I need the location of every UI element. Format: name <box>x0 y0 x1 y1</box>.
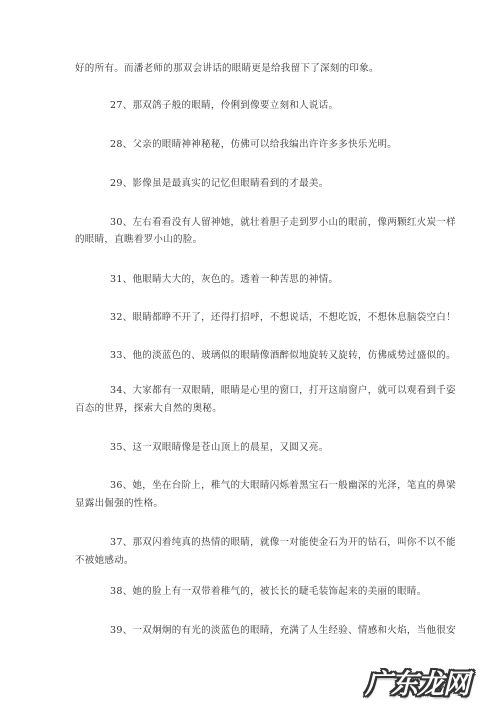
text-line: 27、那双鸽子般的眼睛，伶俐到像要立刻和人说话。 <box>110 99 338 112</box>
text-line: 28、父亲的眼睛神神秘秘，仿佛可以给我编出许许多多快乐光明。 <box>110 138 397 151</box>
text-line: 37、那双闪着纯真的热情的眼睛，就像一对能使金石为开的钻石，叫你不以不能 <box>110 536 456 549</box>
text-line: 39、一双炯炯的有光的淡蓝色的眼睛，充满了人生经验、情感和火焰，当他很安 <box>110 624 456 637</box>
text-line: 好的所有。而潘老师的那双会讲话的眼睛更是给我留下了深刻的印象。 <box>75 62 379 75</box>
text-line: 30、左右看看没有人留神她，就壮着胆子走到罗小山的眼前，像两颗红火炭一样 <box>110 216 456 229</box>
text-line: 38、她的脸上有一双带着稚气的，被长长的睫毛装饰起来的美丽的眼睛。 <box>110 585 427 598</box>
text-line: 34、大家都有一双眼睛，眼睛是心里的窗口，打开这扇窗户，就可以观看到千姿 <box>110 384 456 397</box>
text-line: 显露出倔强的性格。 <box>75 497 163 510</box>
text-line: 的眼睛，直瞧着罗小山的脸。 <box>75 233 202 246</box>
text-line: 33、他的淡蓝色的、玻璃似的眼睛像酒醉似地旋转又旋转，仿佛威势过盛似的。 <box>110 349 456 362</box>
text-line: 32、眼睛都睁不开了，还得打招呼，不想说话，不想吃饭，不想休息脑袋空白！ <box>110 311 456 324</box>
text-line: 36、她，坐在台阶上，稚气的大眼睛闪烁着黑宝石一般幽深的光泽，笔直的鼻梁 <box>110 479 456 492</box>
watermark-logo: 广东龙网 <box>365 662 469 701</box>
text-line: 31、他眼睛大大的，灰色的。透着一种苦思的神情。 <box>110 273 338 286</box>
text-line: 百态的世界，探索大自然的奥秘。 <box>75 402 222 415</box>
text-line: 29、影像虽是最真实的记忆但眼睛看到的才最美。 <box>110 177 329 190</box>
document-page: 好的所有。而潘老师的那双会讲话的眼睛更是给我留下了深刻的印象。 27、那双鸽子般… <box>0 0 500 708</box>
text-line: 35、这一双眼睛像是苍山顶上的晨星，又圆又亮。 <box>110 441 329 454</box>
text-line: 不被她感动。 <box>75 554 134 567</box>
